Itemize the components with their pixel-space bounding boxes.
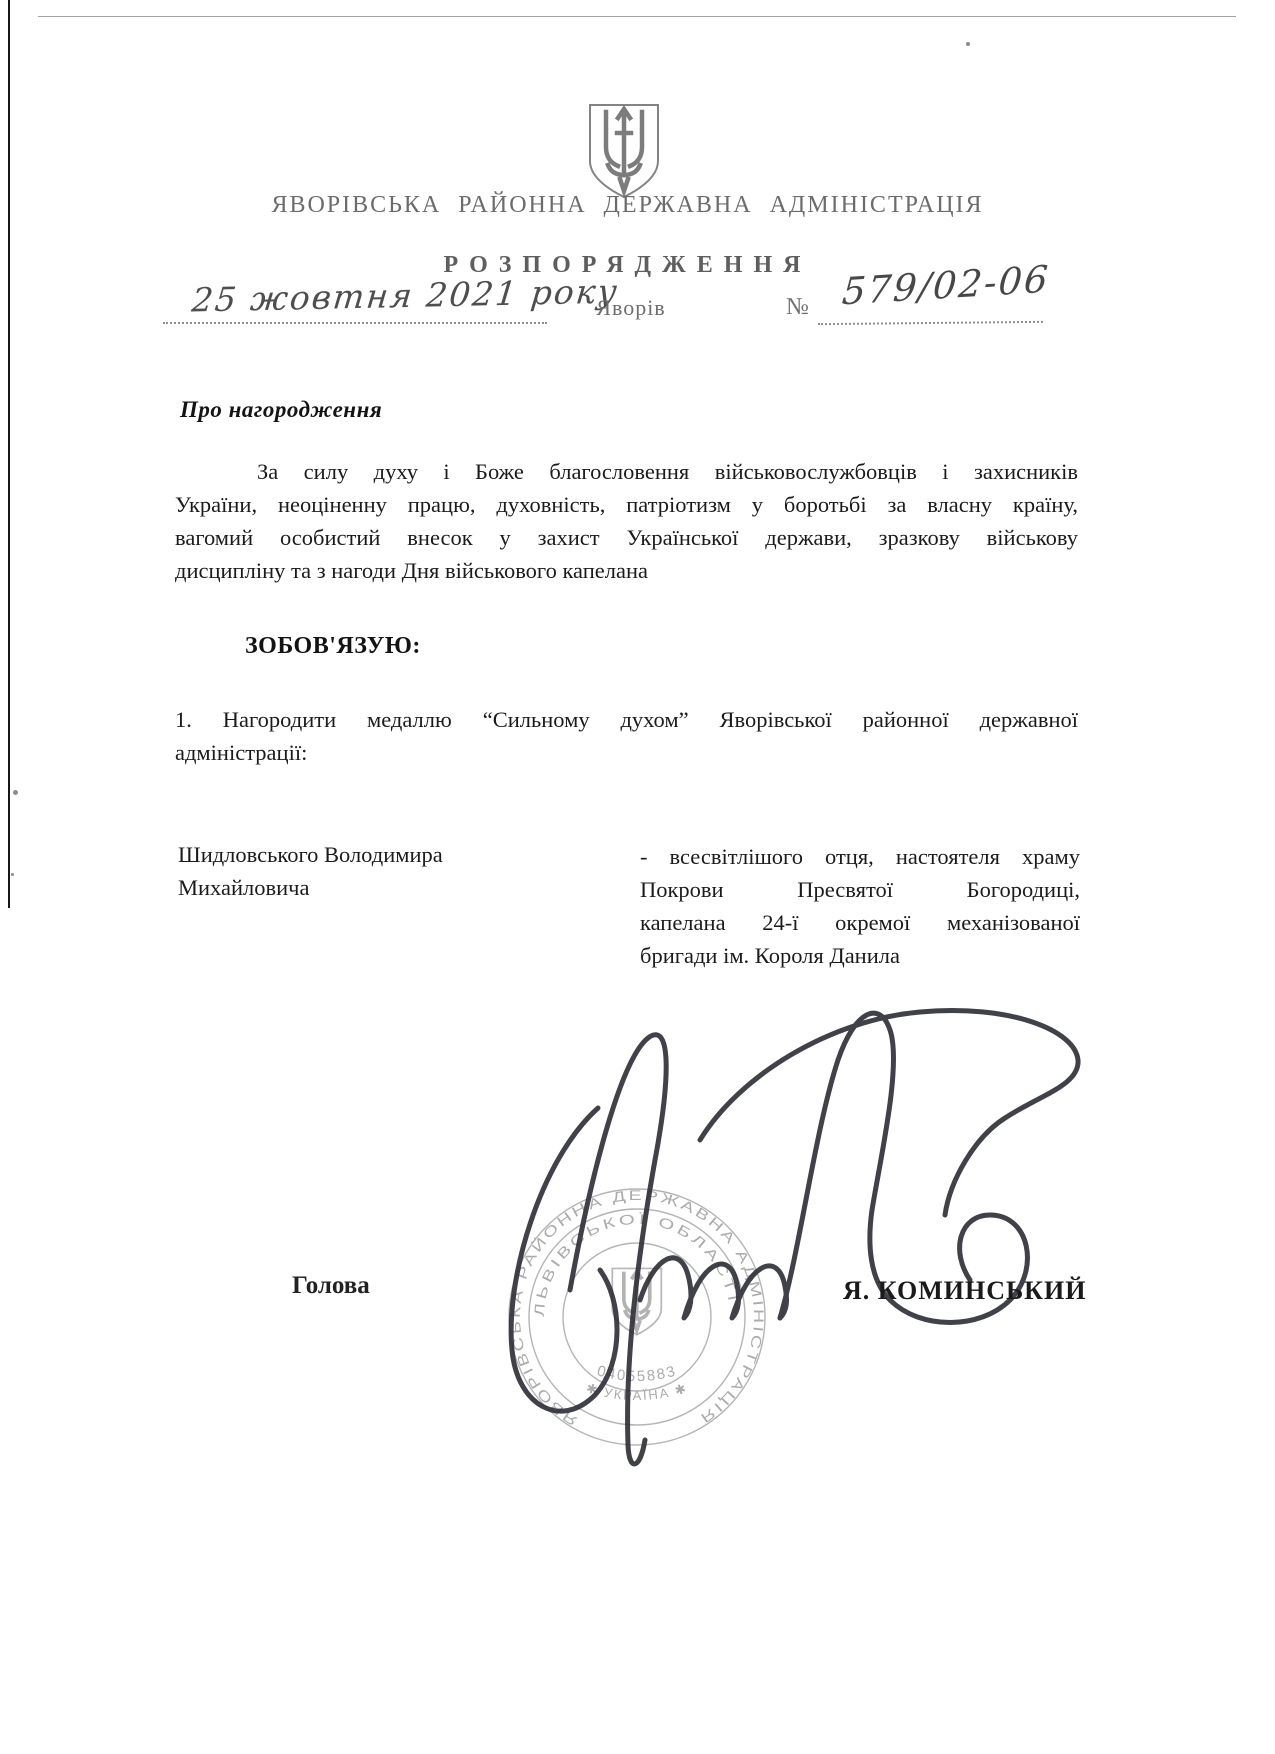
- number-sign: №: [786, 294, 809, 321]
- subject-line: Про нагородження: [180, 397, 382, 423]
- scan-speck: [13, 790, 18, 795]
- preamble-line: вагомий особистий внесок у захист Україн…: [175, 521, 1078, 554]
- awardee-name-line: Михайловича: [178, 871, 518, 904]
- date-underline: [163, 322, 547, 324]
- preamble-line: дисципліну та з нагоди Дня військового к…: [175, 554, 1078, 587]
- item-line: 1. Нагородити медаллю “Сильному духом” Я…: [175, 703, 1078, 736]
- preamble-line: України, неоціненну працю, духовність, п…: [175, 488, 1078, 521]
- position-title: Голова: [292, 1272, 370, 1300]
- scan-top-line: [38, 16, 1236, 17]
- preamble-paragraph: За силу духу і Боже благословення військ…: [175, 455, 1078, 587]
- awardee-name-line: Шидловського Володимира: [178, 838, 518, 871]
- scan-speck: [11, 873, 14, 876]
- awardee-description-line: бригади ім. Короля Данила: [640, 939, 1080, 972]
- handwritten-date: 25 жовтня 2021 року: [190, 271, 621, 319]
- resolution-heading: ЗОБОВ'ЯЗУЮ:: [245, 633, 421, 660]
- scan-edge-line: [8, 0, 10, 908]
- organization-name: ЯВОРІВСЬКА РАЙОННА ДЕРЖАВНА АДМІНІСТРАЦІ…: [0, 192, 1255, 219]
- awardee-description-line: капелана 24-ї окремої механізованої: [640, 906, 1080, 939]
- number-underline: [818, 321, 1043, 325]
- resolution-item-1: 1. Нагородити медаллю “Сильному духом” Я…: [175, 703, 1078, 769]
- document-type-title: РОЗПОРЯДЖЕННЯ: [0, 252, 1255, 279]
- awardee-description-line: Покрови Пресвятої Богородиці,: [640, 873, 1080, 906]
- preamble-line: За силу духу і Боже благословення військ…: [175, 455, 1078, 488]
- place-name: Яворів: [576, 295, 686, 321]
- tryzub-coat-of-arms-icon: [584, 103, 664, 200]
- handwritten-signature: [430, 995, 1110, 1485]
- scan-speck: [966, 42, 970, 46]
- awardee-description-column: - всесвітлішого отця, настоятеля храму П…: [640, 840, 1080, 972]
- awardee-description-line: - всесвітлішого отця, настоятеля храму: [640, 840, 1080, 873]
- signer-name: Я. КОМИНСЬКИЙ: [843, 1276, 1086, 1306]
- scanned-document-page: ЯВОРІВСЬКА РАЙОННА ДЕРЖАВНА АДМІНІСТРАЦІ…: [0, 0, 1275, 1754]
- awardee-name-column: Шидловського Володимира Михайловича: [178, 838, 518, 904]
- item-line: адміністрації:: [175, 736, 1078, 769]
